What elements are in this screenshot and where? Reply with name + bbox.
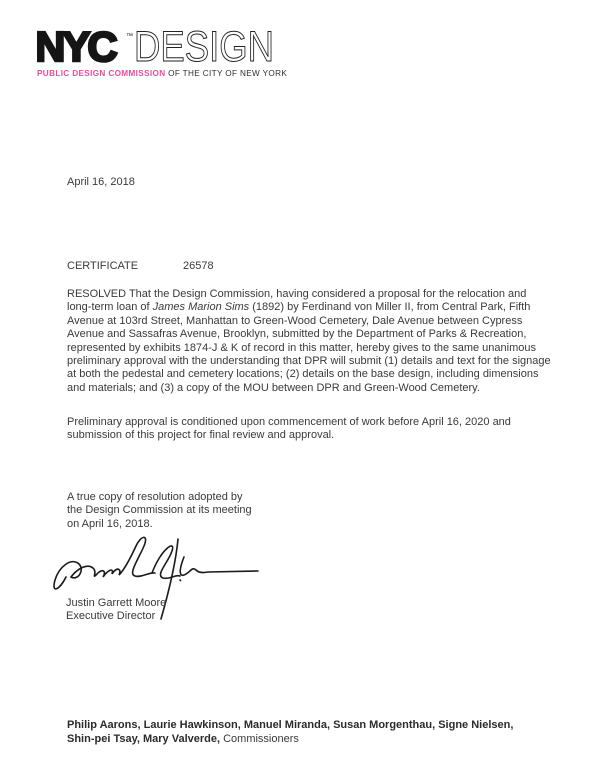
signer-name: Justin Garrett Moore [66, 597, 166, 610]
commissioners-label: Commissioners [220, 733, 299, 745]
nyc-logo-text: NYC [37, 26, 117, 68]
certificate-number: 26578 [183, 260, 214, 272]
letterhead: NYC ™ DESIGN PUBLIC DESIGN COMMISSION OF… [37, 26, 287, 78]
trademark-mark: ™ [126, 33, 133, 40]
resolution-text-end: (1892) by Ferdinand von Miller II, from … [67, 301, 551, 393]
signer-block: Justin Garrett Moore Executive Director [66, 597, 166, 623]
letter-date: April 16, 2018 [67, 176, 135, 188]
condition-paragraph: Preliminary approval is conditioned upon… [67, 416, 551, 443]
letter-page: NYC ™ DESIGN PUBLIC DESIGN COMMISSION OF… [0, 0, 604, 783]
signer-title: Executive Director [66, 610, 166, 623]
letterhead-tagline: PUBLIC DESIGN COMMISSION OF THE CITY OF … [37, 69, 287, 78]
certificate-label: CERTIFICATE [67, 260, 183, 272]
design-logo-text: DESIGN [134, 26, 274, 68]
nyc-design-logo: NYC ™ DESIGN [37, 26, 282, 68]
tagline-commission: PUBLIC DESIGN COMMISSION [37, 69, 166, 78]
certificate-row: CERTIFICATE26578 [67, 260, 214, 272]
commissioners-line: Philip Aarons, Laurie Hawkinson, Manuel … [67, 719, 567, 746]
artwork-title: James Marion Sims [153, 301, 250, 313]
attestation-text: A true copy of resolution adopted by the… [67, 491, 252, 531]
tagline-city: OF THE CITY OF NEW YORK [166, 69, 288, 78]
resolution-paragraph: RESOLVED That the Design Commission, hav… [67, 288, 551, 395]
